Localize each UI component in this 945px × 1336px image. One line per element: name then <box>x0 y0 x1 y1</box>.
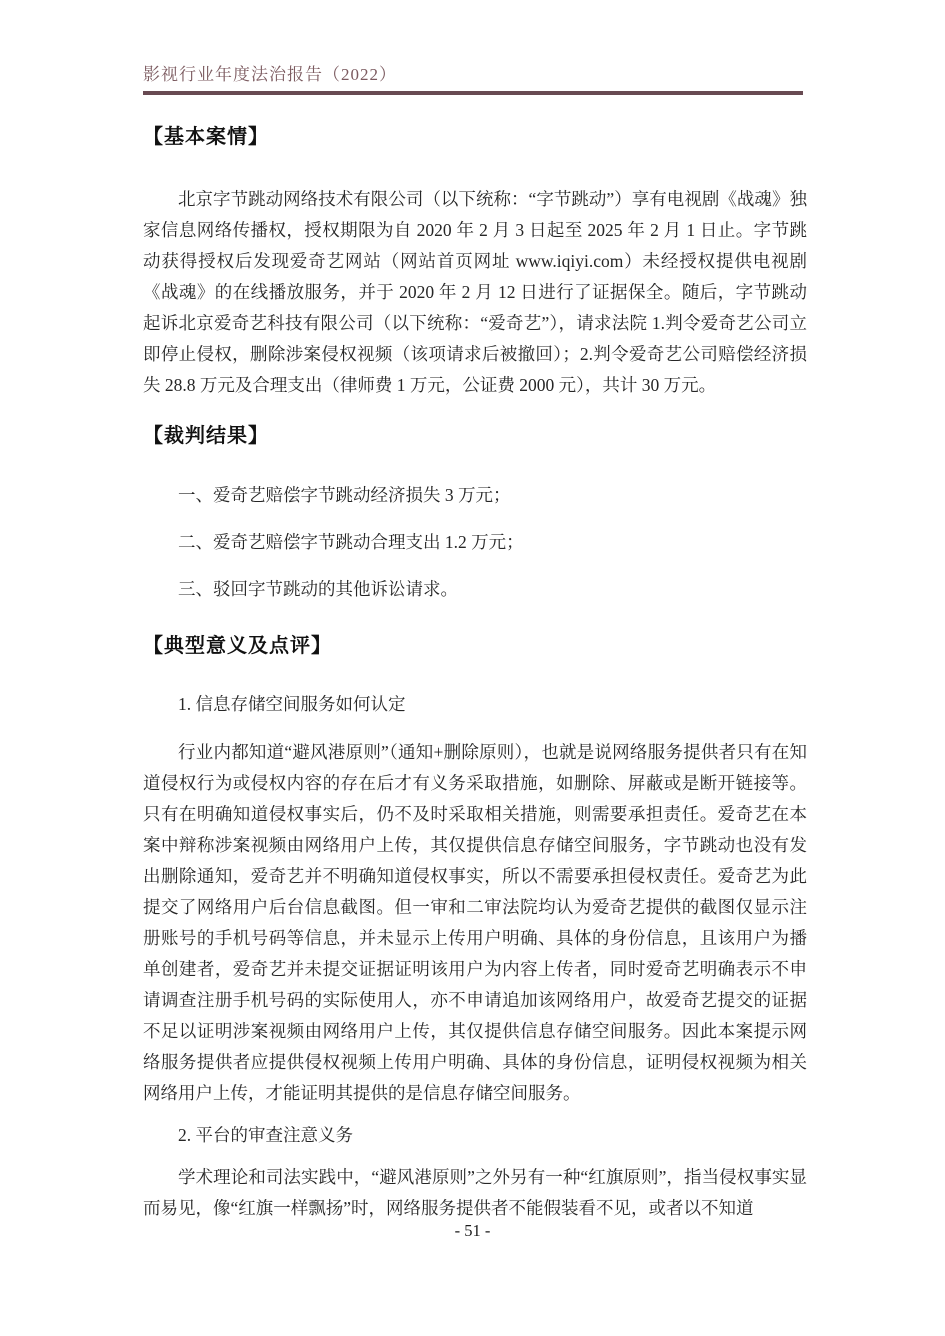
header-rule <box>143 91 803 95</box>
section-significance-commentary: 【典型意义及点评】 1. 信息存储空间服务如何认定 行业内都知道“避风港原则”（… <box>143 633 807 1224</box>
section-judgment-result: 【裁判结果】 一、爱奇艺赔偿字节跳动经济损失 3 万元； 二、爱奇艺赔偿字节跳动… <box>143 423 807 605</box>
judgment-item-2: 二、爱奇艺赔偿字节跳动合理支出 1.2 万元； <box>143 527 807 558</box>
section-basic-facts: 【基本案情】 北京字节跳动网络技术有限公司（以下统称：“字节跳动”）享有电视剧《… <box>143 124 807 401</box>
section-heading-judgment-result: 【裁判结果】 <box>143 423 807 449</box>
report-header: 影视行业年度法治报告（2022） <box>143 0 807 95</box>
platform-duty-paragraph: 学术理论和司法实践中，“避风港原则”之外另有一种“红旗原则”，指当侵权事实显而易… <box>143 1162 807 1224</box>
page-content: 影视行业年度法治报告（2022） 【基本案情】 北京字节跳动网络技术有限公司（以… <box>143 0 807 1224</box>
basic-facts-paragraph: 北京字节跳动网络技术有限公司（以下统称：“字节跳动”）享有电视剧《战魂》独家信息… <box>143 184 807 401</box>
subheading-storage-service: 1. 信息存储空间服务如何认定 <box>143 689 807 720</box>
document-page: 影视行业年度法治报告（2022） 【基本案情】 北京字节跳动网络技术有限公司（以… <box>0 0 945 1336</box>
report-title: 影视行业年度法治报告（2022） <box>143 0 807 86</box>
judgment-item-3: 三、驳回字节跳动的其他诉讼请求。 <box>143 574 807 605</box>
section-heading-basic-facts: 【基本案情】 <box>143 124 807 150</box>
subheading-platform-duty: 2. 平台的审查注意义务 <box>143 1120 807 1151</box>
judgment-item-1: 一、爱奇艺赔偿字节跳动经济损失 3 万元； <box>143 480 807 511</box>
storage-service-paragraph: 行业内都知道“避风港原则”（通知+删除原则），也就是说网络服务提供者只有在知道侵… <box>143 737 807 1109</box>
section-heading-significance-commentary: 【典型意义及点评】 <box>143 633 807 659</box>
page-number: - 51 - <box>0 1220 945 1242</box>
